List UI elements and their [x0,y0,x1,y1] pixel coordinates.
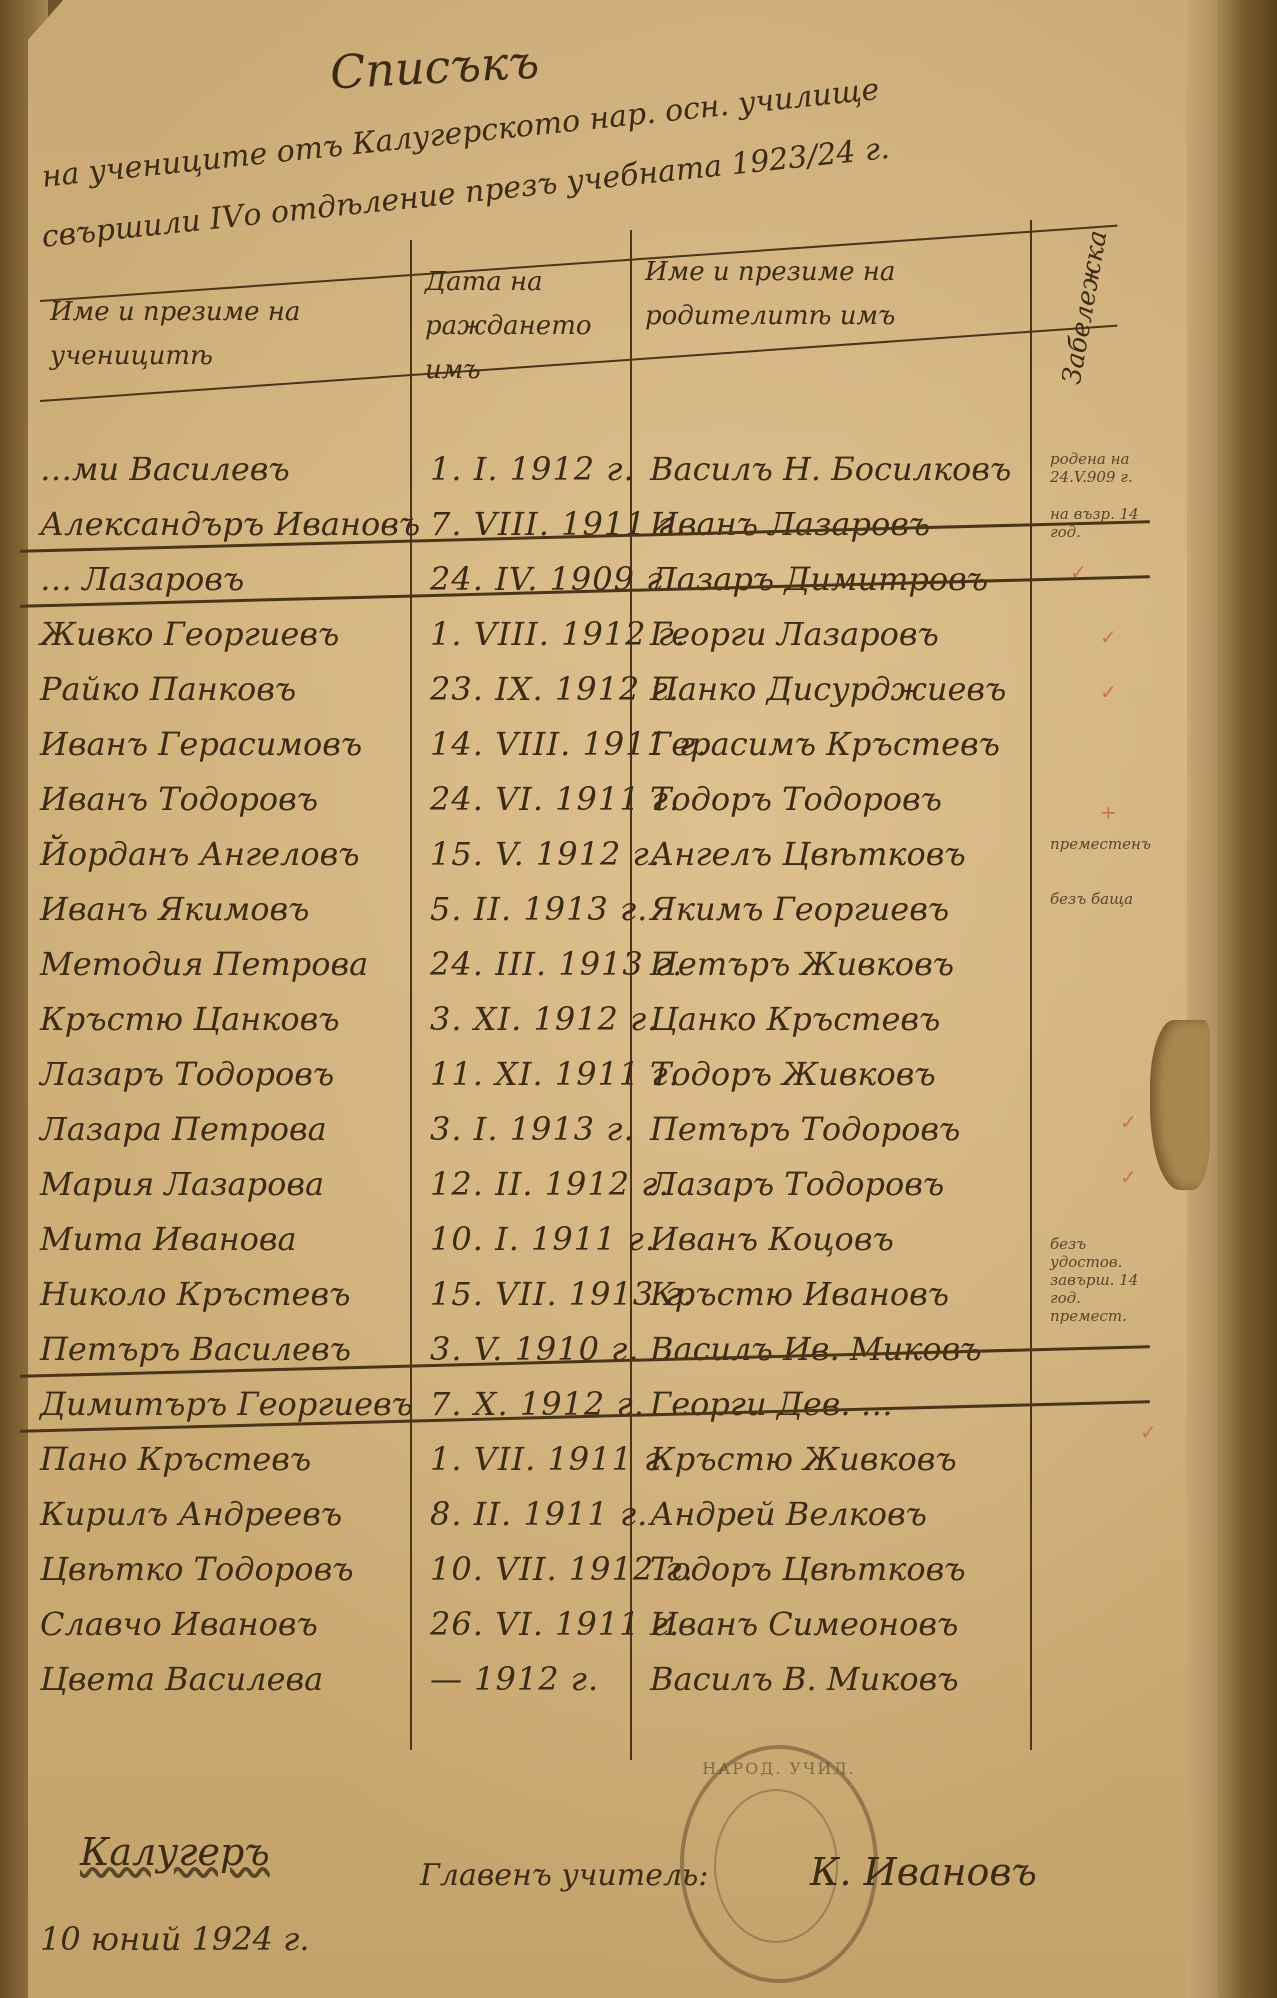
birth-date: 1. VIII. 1912 г. [430,615,686,653]
note: на възр. 14 год. [1050,505,1140,541]
table-row: Иванъ Тодоровъ 24. VI. 1911 г. Тодоръ То… [40,780,1130,830]
column-header-parent-name: Име и презиме на родителитѣ имъ [645,250,1005,338]
student-name: …ми Василевъ [40,450,290,488]
red-check-icon: ✓ [1120,1165,1137,1189]
birth-date: 26. VI. 1911 г. [430,1605,680,1643]
footer-date: 10 юний 1924 г. [40,1920,309,1958]
table-row-struck: Димитъръ Георгиевъ 7. X. 1912 г. Георги … [40,1385,1130,1435]
table-row: …ми Василевъ 1. I. 1912 г. Василъ Н. Бос… [40,450,1130,500]
red-check-icon: ✓ [1100,680,1117,704]
birth-date: 12. II. 1912 г. [430,1165,670,1203]
table-row: Методия Петрова 24. III. 1913 г. Петъръ … [40,945,1130,995]
parent-name: Андрей Велковъ [650,1495,927,1533]
torn-paper-edge [1150,1020,1210,1190]
table-row: Пано Кръстевъ 1. VII. 1911 г. Кръстю Жив… [40,1440,1130,1490]
table-row: Лазара Петрова 3. I. 1913 г. Петъръ Тодо… [40,1110,1130,1160]
parent-name: Тодоръ Цвѣтковъ [650,1550,966,1588]
student-name: Петъръ Василевъ [40,1330,351,1368]
red-check-icon: ✓ [1100,625,1117,649]
parent-name: Иванъ Лазаровъ [650,505,930,543]
parent-name: Василъ Ив. Миковъ [650,1330,982,1368]
column-header-student-name: Име и презиме на ученицитѣ [50,290,390,378]
student-name: Александъръ Ивановъ [40,505,420,543]
birth-date: 24. VI. 1911 г. [430,780,680,818]
signature-label: Главенъ учитель: [420,1858,709,1893]
parent-name: Василъ Н. Босилковъ [650,450,1011,488]
student-name: Методия Петрова [40,945,368,983]
parent-name: Петъръ Тодоровъ [650,1110,960,1148]
table-row: Николо Кръстевъ 15. VII. 1913 г. Кръстю … [40,1275,1130,1325]
parent-name: Георги Лазаровъ [650,615,939,653]
table-row: Йорданъ Ангеловъ 15. V. 1912 г. Ангелъ Ц… [40,835,1130,885]
table-row: Кирилъ Андреевъ 8. II. 1911 г. Андрей Ве… [40,1495,1130,1545]
parent-name: Кръстю Живковъ [650,1440,957,1478]
birth-date: 15. V. 1912 г. [430,835,661,873]
table-row: Цвѣтко Тодоровъ 10. VII. 1912 г. Тодоръ … [40,1550,1130,1600]
parent-name: Тодоръ Тодоровъ [650,780,942,818]
birth-date: 23. IX. 1912 г. [430,670,680,708]
table-row: Славчо Ивановъ 26. VI. 1911 г. Иванъ Сим… [40,1605,1130,1655]
birth-date: 3. I. 1913 г. [430,1110,635,1148]
birth-date: 11. XI. 1911 г. [430,1055,680,1093]
birth-date: 3. XI. 1912 г. [430,1000,658,1038]
birth-date: 10. I. 1911 г. [430,1220,656,1258]
birth-date: 8. II. 1911 г. [430,1495,648,1533]
table-row: Живко Георгиевъ 1. VIII. 1912 г. Георги … [40,615,1130,665]
note: преместенъ [1050,835,1140,853]
note: безъ удостов. завърш. 14 год. премест. [1050,1235,1140,1325]
birth-date: 7. X. 1912 г. [430,1385,645,1423]
signature: К. Ивановъ [810,1850,1037,1894]
parent-name: Герасимъ Кръстевъ [650,725,1000,763]
red-check-icon: ✓ [1070,560,1087,584]
student-name: Йорданъ Ангеловъ [40,835,360,873]
table-row: Кръстю Цанковъ 3. XI. 1912 г. Цанко Кръс… [40,1000,1130,1050]
parent-name: Лазаръ Димитровъ [650,560,988,598]
red-check-icon: ✓ [1120,1110,1137,1134]
table-row-struck: … Лазаровъ 24. IV. 1909 г. Лазаръ Димитр… [40,560,1130,610]
parent-name: Панко Дисурджиевъ [650,670,1006,708]
table-row: Мита Иванова 10. I. 1911 г. Иванъ Коцовъ [40,1220,1130,1270]
student-name: Мита Иванова [40,1220,297,1258]
student-name: Кръстю Цанковъ [40,1000,340,1038]
student-name: Иванъ Якимовъ [40,890,310,928]
parent-name: Ангелъ Цвѣтковъ [650,835,966,873]
red-plus-icon: + [1100,800,1117,824]
parent-name: Иванъ Симеоновъ [650,1605,958,1643]
table-row: Цвета Василева — 1912 г. Василъ В. Миков… [40,1660,1130,1710]
student-name: Иванъ Герасимовъ [40,725,362,763]
parent-name: Василъ В. Миковъ [650,1660,959,1698]
student-name: Мария Лазарова [40,1165,324,1203]
student-name: Николо Кръстевъ [40,1275,350,1313]
student-name: Райко Панковъ [40,670,296,708]
table-row: Лазаръ Тодоровъ 11. XI. 1911 г. Тодоръ Ж… [40,1055,1130,1105]
birth-date: 24. III. 1913 г. [430,945,683,983]
birth-date: 24. IV. 1909 г. [430,560,675,598]
column-header-notes: Забележка [1050,227,1120,388]
footer-place: Калугеръ [80,1830,270,1874]
student-name: … Лазаровъ [40,560,244,598]
parent-name: Петъръ Живковъ [650,945,954,983]
note: родена на 24.V.909 г. [1050,450,1140,486]
table-row: Райко Панковъ 23. IX. 1912 г. Панко Дису… [40,670,1130,720]
student-name: Лазара Петрова [40,1110,327,1148]
student-name: Живко Георгиевъ [40,615,339,653]
student-name: Иванъ Тодоровъ [40,780,318,818]
note: безъ баща [1050,890,1140,908]
stamp-text: НАРОД. УЧИЛ. [684,1759,874,1778]
table-row: Иванъ Якимовъ 5. II. 1913 г. Якимъ Георг… [40,890,1130,940]
student-name: Кирилъ Андреевъ [40,1495,342,1533]
parent-name: Кръстю Ивановъ [650,1275,949,1313]
table-row: Мария Лазарова 12. II. 1912 г. Лазаръ То… [40,1165,1130,1215]
red-check-icon: ✓ [1140,1420,1157,1444]
table-row-struck: Петъръ Василевъ 3. V. 1910 г. Василъ Ив.… [40,1330,1130,1380]
student-name: Славчо Ивановъ [40,1605,318,1643]
birth-date: — 1912 г. [430,1660,599,1698]
student-table: Име и презиме на ученицитѣ Дата на ражда… [40,220,1130,1780]
student-name: Пано Кръстевъ [40,1440,311,1478]
birth-date: 7. VIII. 1911 г. [430,505,686,543]
document-title: Списъкъ [329,35,541,100]
parent-name: Цанко Кръстевъ [650,1000,940,1038]
parent-name: Иванъ Коцовъ [650,1220,894,1258]
table-row: Иванъ Герасимовъ 14. VIII. 1911 г. Герас… [40,725,1130,775]
table-row-struck: Александъръ Ивановъ 7. VIII. 1911 г. Ива… [40,505,1130,555]
birth-date: 1. VII. 1911 г. [430,1440,672,1478]
parent-name: Георги Дев. … [650,1385,893,1423]
student-name: Димитъръ Георгиевъ [40,1385,413,1423]
parent-name: Тодоръ Живковъ [650,1055,936,1093]
parent-name: Якимъ Георгиевъ [650,890,949,928]
student-name: Цвета Василева [40,1660,323,1698]
birth-date: 3. V. 1910 г. [430,1330,640,1368]
column-header-birth-date: Дата на раждането имъ [425,260,615,392]
adjacent-page-edge [1187,0,1217,1998]
birth-date: 5. II. 1913 г. [430,890,648,928]
book-binding-right [1217,0,1277,1998]
birth-date: 1. I. 1912 г. [430,450,635,488]
parent-name: Лазаръ Тодоровъ [650,1165,944,1203]
student-name: Лазаръ Тодоровъ [40,1055,334,1093]
student-name: Цвѣтко Тодоровъ [40,1550,354,1588]
